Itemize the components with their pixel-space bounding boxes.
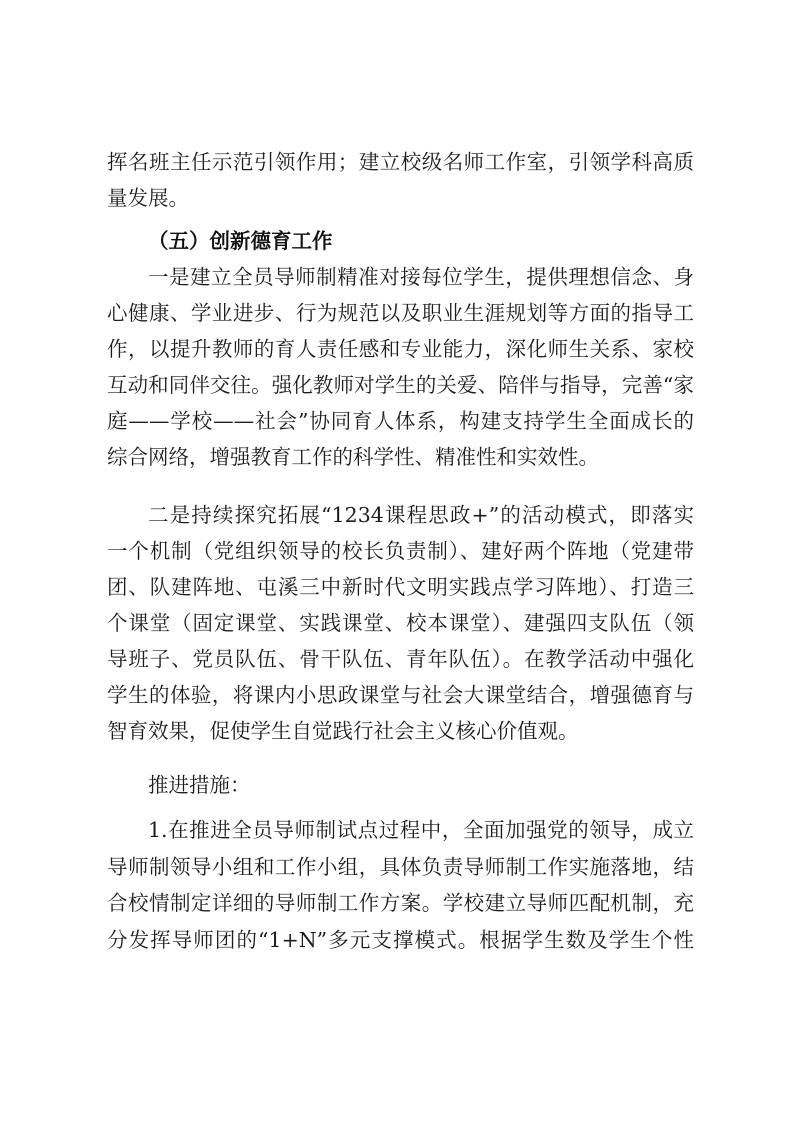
paragraph-line: 导师制领导小组和工作小组，具体负责导师制工作实施落地，结 (107, 855, 694, 879)
document-page: 挥名班主任示范引领作用；建立校级名师工作室，引领学科高质 量发展。 （五）创新德… (0, 0, 793, 1122)
paragraph-line: 互动和同伴交往。强化教师对学生的关爱、陪伴与指导，完善“家 (107, 373, 694, 397)
paragraph-line: 团、队建阵地、屯溪三中新时代文明实践点学习阵地）、打造三 (107, 575, 694, 599)
section-heading: （五）创新德育工作 (148, 229, 694, 253)
paragraph-line: 个课堂（固定课堂、实践课堂、校本课堂）、建强四支队伍（领 (107, 611, 694, 635)
paragraph-line: 导班子、党员队伍、骨干队伍、青年队伍）。在教学活动中强化 (107, 647, 694, 671)
paragraph-line: 一个机制（党组织领导的校长负责制）、建好两个阵地（党建带 (107, 539, 694, 563)
paragraph-line: 挥名班主任示范引领作用；建立校级名师工作室，引领学科高质 (107, 150, 694, 174)
paragraph-line: 智育效果，促使学生自觉践行社会主义核心价值观。 (107, 719, 694, 743)
paragraph-line: 分发挥导师团的“1+N”多元支撑模式。根据学生数及学生个性 (107, 928, 694, 952)
paragraph-line: 合校情制定详细的导师制工作方案。学校建立导师匹配机制，充 (107, 891, 694, 915)
paragraph-line: 综合网络，增强教育工作的科学性、精准性和实效性。 (107, 445, 694, 469)
paragraph-line: 学生的体验，将课内小思政课堂与社会大课堂结合，增强德育与 (107, 683, 694, 707)
paragraph-line: 一是建立全员导师制精准对接每位学生，提供理想信念、身 (148, 265, 694, 289)
paragraph-line: 作，以提升教师的育人责任感和专业能力，深化师生关系、家校 (107, 337, 694, 361)
paragraph-line: 庭——学校——社会”协同育人体系，构建支持学生全面成长的 (107, 409, 694, 433)
paragraph-line: 量发展。 (107, 186, 694, 210)
paragraph-line: 二是持续探究拓展“1234课程思政+”的活动模式，即落实 (148, 503, 694, 527)
measures-label: 推进措施： (148, 773, 694, 797)
paragraph-line: 1.在推进全员导师制试点过程中，全面加强党的领导，成立 (148, 818, 694, 842)
paragraph-line: 心健康、学业进步、行为规范以及职业生涯规划等方面的指导工 (107, 301, 694, 325)
